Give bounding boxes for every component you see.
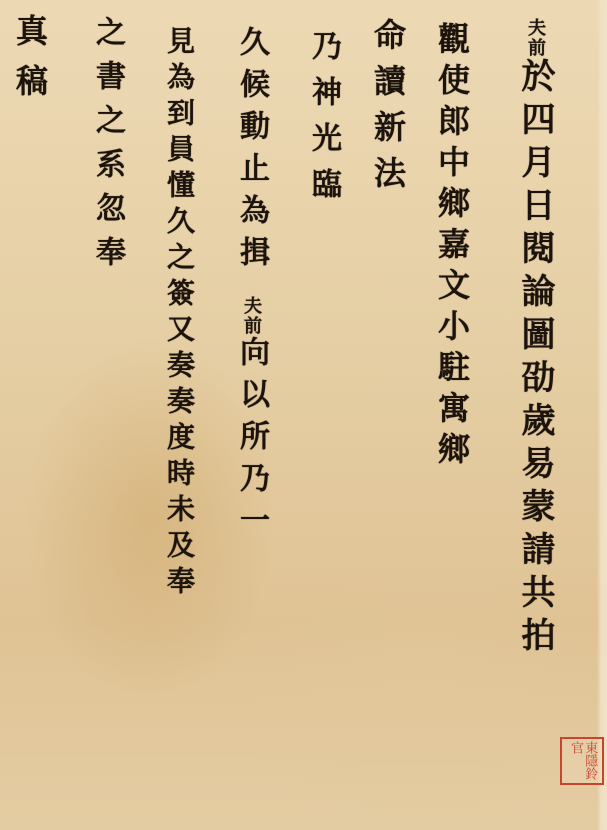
calligraphy-column-1: 夫前於四月日閱論圖劭歲易蒙請共拍 [518,18,552,660]
calligraphy-column-8: 真稿 [14,14,46,114]
calligraphy-column-5: 久候動止為揖夫前向以所乃一 [236,26,266,546]
calligraphy-column-6: 見為到員懂久之簽又奏奏度時未及奉 [165,26,193,602]
calligraphy-column-2: 觀使郎中鄉嘉文小駐寓鄉 [436,22,468,473]
calligraphy-column-4: 乃神光臨 [308,30,338,214]
red-seal-stamp: 東隱鈴官 [560,737,604,785]
honorific-prefix: 夫前 [241,296,262,336]
scroll-edge [597,0,607,830]
calligraphy-column-7: 之書之系忽奉 [92,16,122,280]
honorific-prefix: 夫前 [525,18,546,58]
calligraphy-column-3: 命讀新法 [372,18,404,202]
calligraphy-paper: 夫前於四月日閱論圖劭歲易蒙請共拍 觀使郎中鄉嘉文小駐寓鄉 命讀新法 乃神光臨 久… [0,0,607,830]
